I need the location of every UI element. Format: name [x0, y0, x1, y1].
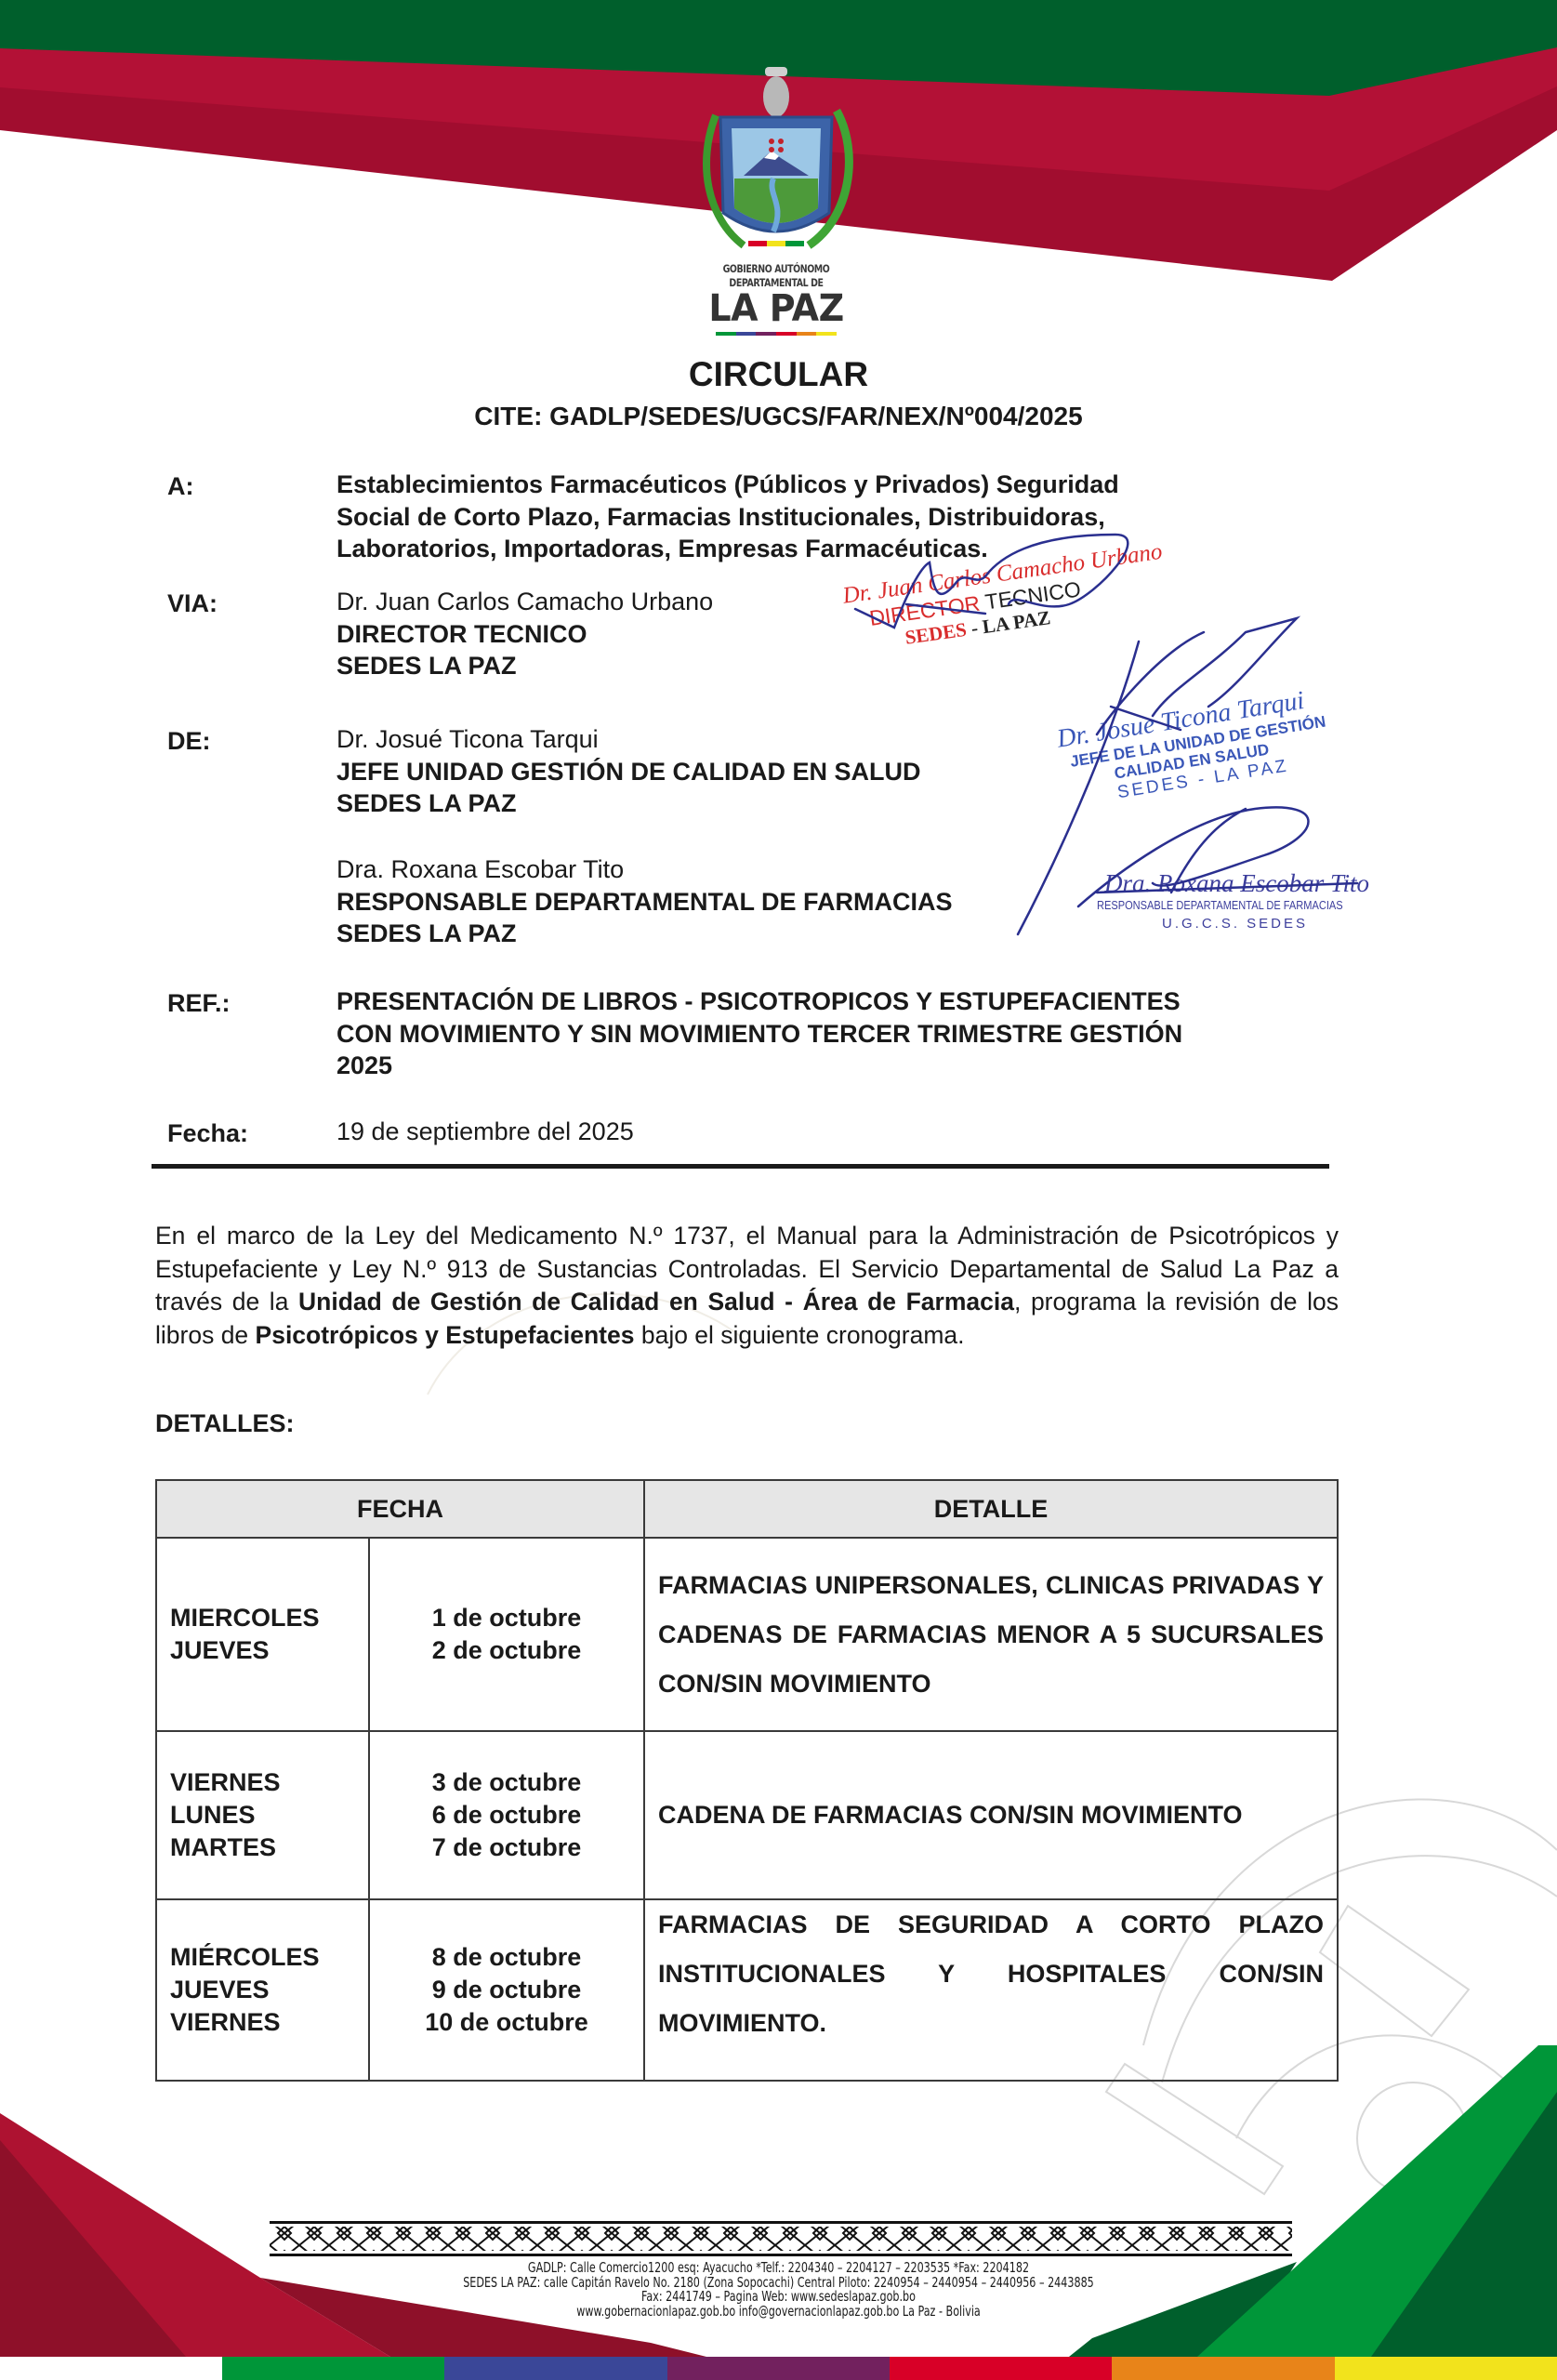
day: MIERCOLES — [170, 1602, 367, 1634]
table-header-row: FECHA DETALLE — [156, 1480, 1338, 1538]
row-days: MIÉRCOLES JUEVES VIERNES — [156, 1899, 369, 2081]
signature-director — [855, 535, 1128, 628]
date-value: 19 de septiembre del 2025 — [336, 1116, 634, 1148]
stripe-segment — [1112, 2357, 1334, 2380]
table-row: MIÉRCOLES JUEVES VIERNES 8 de octubre 9 … — [156, 1899, 1338, 2081]
date: 10 de octubre — [371, 2006, 642, 2039]
row-days: VIERNES LUNES MARTES — [156, 1731, 369, 1899]
stripe-segment — [667, 2357, 890, 2380]
row-dates: 8 de octubre 9 de octubre 10 de octubre — [369, 1899, 644, 2081]
wiphala-color-stripe — [222, 2357, 1557, 2380]
stripe-segment — [444, 2357, 666, 2380]
header-detalle: DETALLE — [644, 1480, 1338, 1538]
body-bold-unit: Unidad de Gestión de Calidad en Salud - … — [298, 1288, 1014, 1316]
date: 1 de octubre — [371, 1602, 642, 1634]
row-dates: 1 de octubre 2 de octubre — [369, 1538, 644, 1731]
body-text: bajo el siguiente cronograma. — [634, 1321, 964, 1349]
schedule-table: FECHA DETALLE MIERCOLES JUEVES 1 de octu… — [155, 1479, 1339, 2082]
day: LUNES — [170, 1799, 367, 1831]
date: 2 de octubre — [371, 1634, 642, 1667]
date: 7 de octubre — [371, 1831, 642, 1864]
row-detail: CADENA DE FARMACIAS CON/SIN MOVIMIENTO — [644, 1731, 1338, 1899]
body-bold-topic: Psicotrópicos y Estupefacientes — [256, 1321, 635, 1349]
footer-line: www.gobernacionlapaz.gob.bo info@governa… — [218, 2305, 1339, 2320]
table-row: MIERCOLES JUEVES 1 de octubre 2 de octub… — [156, 1538, 1338, 1731]
ref-line: 2025 — [336, 1050, 1182, 1082]
row-detail: FARMACIAS DE SEGURIDAD A CORTO PLAZO INS… — [644, 1899, 1338, 2081]
day: VIERNES — [170, 1766, 367, 1799]
handwritten-signatures — [0, 0, 1557, 1023]
body-paragraph: En el marco de la Ley del Medicamento N.… — [155, 1220, 1339, 1352]
row-dates: 3 de octubre 6 de octubre 7 de octubre — [369, 1731, 644, 1899]
header-divider — [152, 1164, 1329, 1169]
day: MARTES — [170, 1831, 367, 1864]
row-detail: FARMACIAS UNIPERSONALES, CLINICAS PRIVAD… — [644, 1538, 1338, 1731]
date: 8 de octubre — [371, 1941, 642, 1974]
table-row: VIERNES LUNES MARTES 3 de octubre 6 de o… — [156, 1731, 1338, 1899]
day: MIÉRCOLES — [170, 1941, 367, 1974]
stripe-segment — [890, 2357, 1112, 2380]
date-label: Fecha: — [167, 1119, 248, 1148]
day: VIERNES — [170, 2006, 367, 2039]
day: JUEVES — [170, 1634, 367, 1667]
details-heading: DETALLES: — [155, 1409, 295, 1438]
footer-contact: GADLP: Calle Comercio1200 esq: Ayacucho … — [0, 2261, 1557, 2319]
date: 3 de octubre — [371, 1766, 642, 1799]
andean-pattern-band — [270, 2221, 1292, 2256]
stripe-segment — [1335, 2357, 1557, 2380]
signature-responsable — [1078, 807, 1357, 906]
header-fecha: FECHA — [156, 1480, 644, 1538]
date: 6 de octubre — [371, 1799, 642, 1831]
row-days: MIERCOLES JUEVES — [156, 1538, 369, 1731]
stripe-segment — [222, 2357, 444, 2380]
day: JUEVES — [170, 1974, 367, 2006]
date: 9 de octubre — [371, 1974, 642, 2006]
